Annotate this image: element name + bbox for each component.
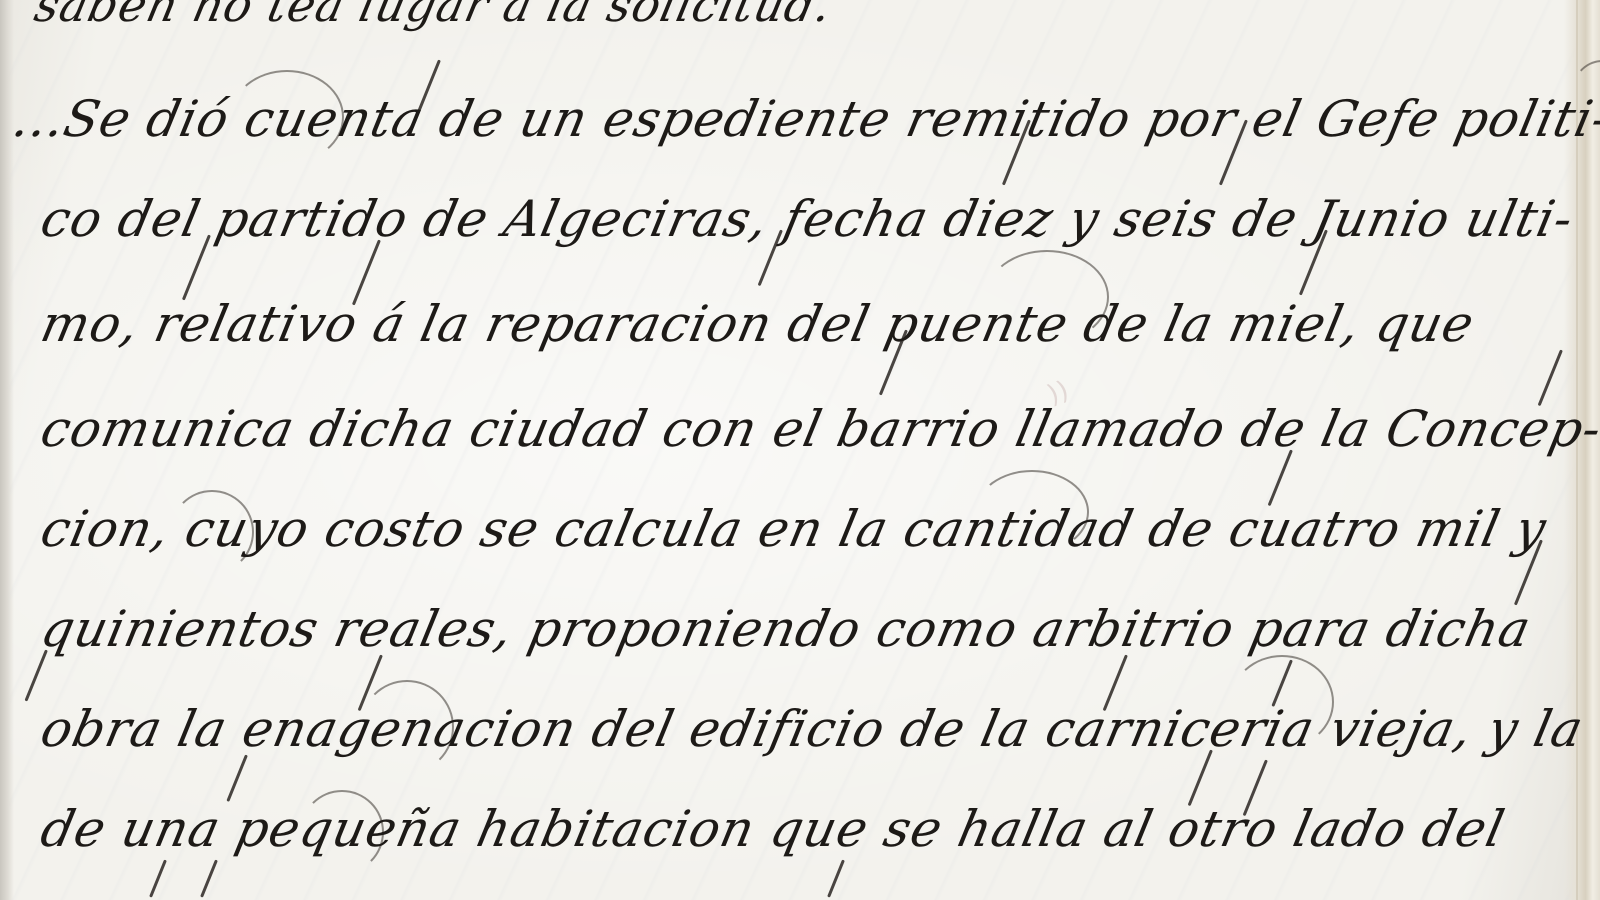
- manuscript-line: quinientos reales, proponiendo como arbi…: [36, 600, 1536, 658]
- descender-stroke: [1538, 349, 1563, 406]
- manuscript-page: )) saben no tea lugar a la solicitud. ..…: [0, 0, 1600, 900]
- descender-stroke: [149, 859, 167, 897]
- manuscript-line: co del partido de Algeciras, fecha diez …: [36, 190, 1579, 248]
- manuscript-line: saben no tea lugar a la solicitud.: [30, 0, 837, 32]
- descender-stroke: [226, 754, 248, 801]
- manuscript-line: obra la enagenacion del edificio de la c…: [36, 700, 1589, 758]
- manuscript-line: mo, relativo á la reparacion del puente …: [36, 295, 1480, 353]
- manuscript-line: comunica dicha ciudad con el barrio llam…: [36, 400, 1600, 458]
- manuscript-line: ...Se dió cuenta de un espediente remiti…: [8, 90, 1600, 148]
- manuscript-line: cion, cuyo costo se calcula en la cantid…: [36, 500, 1552, 558]
- descender-stroke: [827, 859, 845, 897]
- descender-stroke: [200, 859, 218, 897]
- manuscript-line: de una pequeña habitacion que se halla a…: [36, 800, 1510, 858]
